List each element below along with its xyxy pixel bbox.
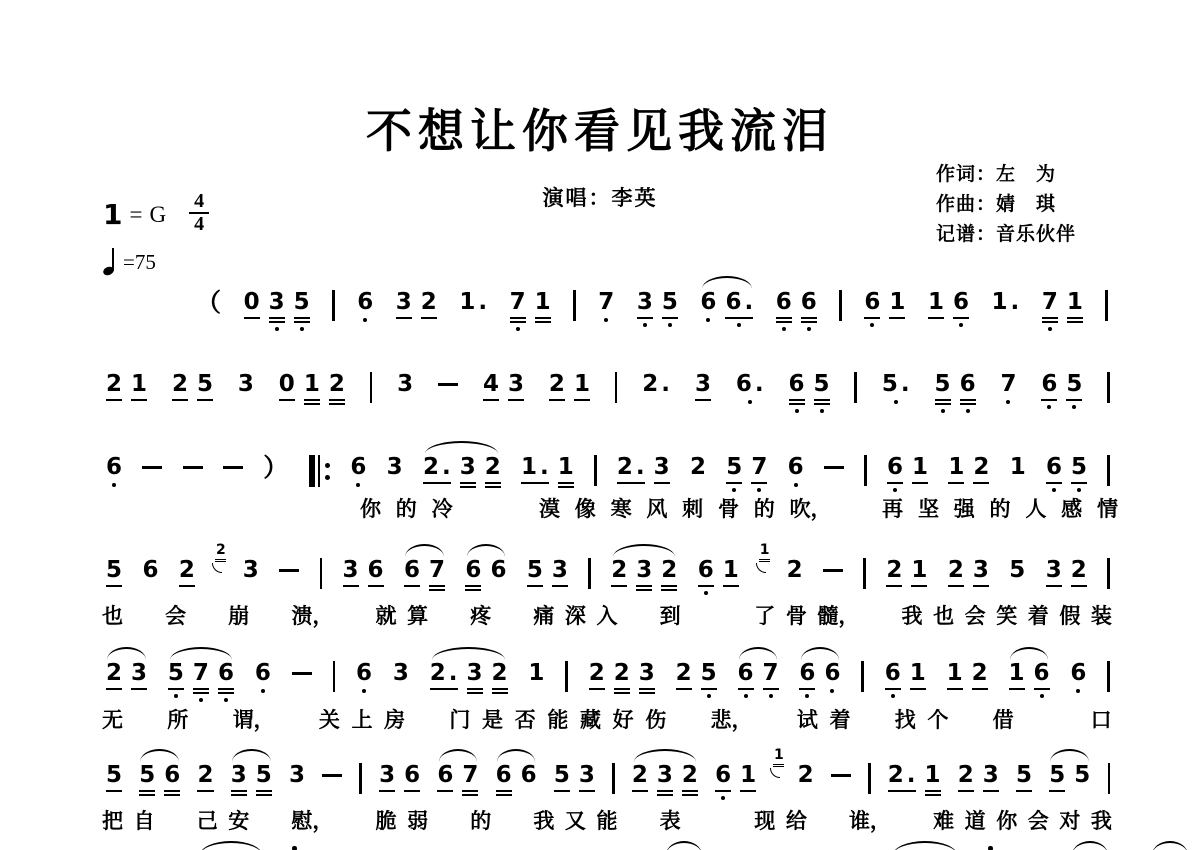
octave-dot (1006, 400, 1010, 404)
note: 2 (787, 558, 803, 582)
note: 2 (549, 372, 565, 401)
barline (320, 558, 323, 589)
underline-stroke (193, 688, 209, 690)
note-digit: 3 (379, 763, 395, 787)
lyric-syllable: 口 (1091, 704, 1112, 734)
grace-note: 1 (773, 748, 784, 778)
low-octave-dots (893, 484, 897, 492)
note: 5 (139, 763, 155, 796)
duration-underline (197, 396, 213, 401)
slur-group: 35 (231, 763, 272, 796)
note: 7 (462, 763, 478, 796)
underline-stroke (682, 794, 698, 796)
key-equals: = (129, 202, 142, 228)
note: 7 (763, 661, 779, 698)
grace-digit: 1 (760, 543, 770, 557)
lyric-syllable: 崩 (228, 600, 249, 630)
octave-dot (732, 488, 736, 492)
barline (359, 763, 362, 794)
underline-stroke (106, 688, 122, 690)
note-digit: 2 (798, 763, 814, 787)
beam-group: 25 (676, 661, 717, 698)
dash-note (142, 466, 162, 469)
note-digit: 1 (535, 290, 551, 314)
lyric-syllable: 的 (396, 493, 417, 523)
note: 3 (238, 372, 254, 396)
note: 6 (960, 372, 976, 413)
beam-group: 23 (958, 763, 999, 792)
low-octave-dots (959, 319, 963, 327)
barline (854, 372, 857, 403)
note: 5 (106, 763, 122, 792)
underline-stroke (888, 790, 916, 792)
octave-dot (782, 327, 786, 331)
low-octave-dots (941, 405, 945, 413)
lyric-spacer (260, 600, 281, 601)
low-octave-dots (1076, 685, 1080, 693)
barline (615, 372, 618, 403)
next-line-dot-fragment (988, 846, 993, 850)
duration-underline (379, 787, 395, 792)
note: 5 (106, 558, 122, 587)
note-digit: 3 (396, 290, 412, 314)
duration-underline (682, 787, 698, 796)
barline (839, 290, 842, 321)
lyric-syllable: 也 (933, 600, 954, 630)
note-digit: 3 (983, 763, 999, 787)
note: 1 (912, 455, 928, 484)
sheet-music-page: 不想让你看见我流泪 演唱：李英 作词：左 为 作曲：婧 琪 记谱：音乐伙伴 1 … (0, 0, 1200, 850)
note: 2. (617, 455, 645, 484)
duration-underline (404, 787, 420, 792)
underline-stroke (983, 790, 999, 792)
lyric-syllable: 吹， (790, 493, 832, 523)
duration-underline (485, 479, 501, 488)
note-digit: 3 (552, 558, 568, 582)
note: 2 (106, 372, 122, 401)
lyric-spacer (628, 805, 649, 806)
note-digit: 2 (1071, 558, 1087, 582)
note-digit: 5 (662, 290, 678, 314)
note: 1 (889, 290, 905, 319)
lyric-syllable: 又 (565, 805, 586, 835)
low-octave-dots (757, 484, 761, 492)
note: 1 (740, 763, 756, 792)
underline-stroke (404, 790, 420, 792)
low-octave-dots (363, 314, 367, 322)
lyric-syllable: 会 (1028, 805, 1049, 835)
note-digit: 1 (1009, 661, 1025, 685)
underline-stroke (496, 790, 512, 792)
lyric-syllable: 入 (596, 600, 617, 630)
duration-underline (973, 479, 989, 484)
lyric-syllable: 关 (319, 704, 340, 734)
note: 6 (698, 558, 714, 595)
lyric-syllable: 溃， (291, 600, 333, 630)
underline-stroke (465, 585, 481, 587)
underline-stroke (928, 317, 944, 319)
note-digit: 1 (740, 763, 756, 787)
lyric-syllable: 试 (797, 704, 818, 734)
slur-group: 67 (738, 661, 779, 698)
duration-underline (164, 787, 180, 796)
note: 2 (329, 372, 345, 405)
beam-group: 32 (396, 290, 437, 319)
octave-dot (275, 327, 279, 331)
note: 6. (736, 372, 764, 404)
lyric-syllable: 己 (197, 805, 218, 835)
note: 1 (925, 763, 941, 796)
note: 3 (552, 558, 568, 587)
lyric-spacer (135, 704, 156, 705)
next-line-dot-fragment (292, 846, 297, 850)
note: 6 (715, 763, 731, 800)
note-digit: 3 (636, 558, 652, 582)
lyric-spacer (960, 704, 981, 705)
underline-stroke (179, 585, 195, 587)
note-digit: 6 (789, 372, 805, 396)
score-line: 562233667665323261122123532 (106, 558, 1110, 595)
note-digit: 3 (387, 455, 403, 479)
note-digit: 6 (404, 763, 420, 787)
note: 6 (164, 763, 180, 796)
note-digit: 5 (1009, 558, 1025, 582)
underline-stroke (231, 790, 247, 792)
low-octave-dots (769, 690, 773, 698)
lyric-syllable: 是 (482, 704, 503, 734)
note-digit: 6 (1070, 661, 1086, 685)
note: 5 (935, 372, 951, 413)
score-line: 55623533667665323261122.123555 (106, 763, 1110, 800)
octave-dot (769, 694, 773, 698)
note-digit: 2 (106, 661, 122, 685)
slur-group: 2.32 (430, 661, 508, 694)
note-digit: 5 (256, 763, 272, 787)
note-digit: 1 (911, 558, 927, 582)
dash-note (183, 466, 203, 469)
underline-stroke (935, 399, 951, 401)
duration-underline (973, 582, 989, 587)
lyric-syllable: 悲， (711, 704, 753, 734)
lyric-spacer (1025, 704, 1046, 705)
grace-underline (215, 557, 226, 562)
barline (1107, 372, 1110, 403)
lyric-syllable: 借 (993, 704, 1014, 734)
note: 1 (947, 661, 963, 690)
note: 3 (983, 763, 999, 792)
duration-underline (723, 582, 739, 587)
duration-underline (396, 314, 412, 319)
underline-stroke (1067, 321, 1083, 323)
low-octave-dots (1077, 484, 1081, 492)
note-digit: 7 (1042, 290, 1058, 314)
lyric-syllable: 现 (754, 805, 775, 835)
note-digit: 3 (508, 372, 524, 396)
open-paren: （ (196, 290, 221, 318)
note: 3 (1046, 558, 1062, 587)
beam-group: 56 (935, 372, 976, 413)
underline-stroke (740, 790, 756, 792)
note-digit: 1. (459, 290, 487, 314)
slur-group: 2.32 (423, 455, 501, 488)
dash-note (823, 569, 843, 572)
low-octave-dots (894, 396, 898, 404)
slur-group: 66 (465, 558, 506, 591)
barline (1105, 290, 1108, 321)
duration-underline (368, 582, 384, 587)
note: 3 (973, 558, 989, 587)
duration-underline (179, 582, 195, 587)
underline-stroke (1009, 688, 1025, 690)
octave-dot (894, 400, 898, 404)
underline-stroke (172, 399, 188, 401)
lyric-syllable: 的 (470, 805, 491, 835)
note: 2 (661, 558, 677, 591)
underline-stroke (636, 585, 652, 587)
octave-dot (757, 488, 761, 492)
note: 2 (682, 763, 698, 796)
duration-underline (404, 582, 420, 587)
grace-tie-curve (770, 768, 780, 778)
note-digit: 5 (1049, 763, 1065, 787)
lyric-spacer (723, 805, 744, 806)
note: 6 (1041, 372, 1057, 409)
underline-stroke (510, 317, 526, 319)
beam-group: 21 (549, 372, 590, 401)
note-digit: 2 (958, 763, 974, 787)
note: 3 (243, 558, 259, 582)
note-digit: 5 (726, 455, 742, 479)
lyric-syllable: 疼 (470, 600, 491, 630)
note: 2 (690, 455, 706, 479)
note-digit: 7 (1000, 372, 1016, 396)
beam-group: 223 (589, 661, 655, 694)
underline-stroke (429, 589, 445, 591)
note: 2 (676, 661, 692, 690)
note-digit: 6 (887, 455, 903, 479)
lyric-syllable: 感 (1061, 493, 1082, 523)
note: 5 (1009, 558, 1025, 582)
note: 6 (404, 558, 420, 587)
note-digit: 5 (197, 372, 213, 396)
lyric-syllable: 寒 (611, 493, 632, 523)
low-octave-dots (704, 587, 708, 595)
note: 7 (193, 661, 209, 702)
lyric-syllable: 门 (449, 704, 470, 734)
note-digit: 6 (776, 290, 792, 314)
low-octave-dots (748, 396, 752, 404)
duration-underline (106, 787, 122, 792)
lyric-spacer (502, 805, 523, 806)
note-digit: 0 (244, 290, 260, 314)
note-digit: 6 (350, 455, 366, 479)
duration-underline (776, 314, 792, 323)
note: 3 (269, 290, 285, 331)
song-title: 不想让你看见我流泪 (0, 95, 1200, 161)
lyric-syllable: 谁， (849, 805, 891, 835)
barline (1107, 455, 1110, 486)
barline (565, 661, 568, 692)
underline-stroke (485, 482, 501, 484)
underline-stroke (1016, 790, 1032, 792)
underline-stroke (164, 794, 180, 796)
lyric-syllable: 情 (1097, 493, 1118, 523)
lyric-syllable: 骨 (786, 600, 807, 630)
slur-group: 66. (700, 290, 753, 327)
lyric-syllable: 骨 (718, 493, 739, 523)
repeat-thick-bar (309, 455, 315, 487)
time-signature-numerator: 4 (189, 191, 209, 214)
note: 3 (289, 763, 305, 787)
note: 6 (356, 661, 372, 693)
low-octave-dots (737, 319, 741, 327)
note: 6 (700, 290, 716, 322)
underline-stroke (682, 790, 698, 792)
octave-dot (261, 689, 265, 693)
note-digit: 2 (611, 558, 627, 582)
duration-underline (106, 396, 122, 401)
note: 6 (824, 661, 840, 693)
note-digit: 6 (106, 455, 122, 479)
note: 1 (1067, 290, 1083, 323)
underline-stroke (1067, 317, 1083, 319)
lyric-syllable: 人 (1025, 493, 1046, 523)
note-digit: 2 (632, 763, 648, 787)
note: 2 (973, 455, 989, 484)
note: 2 (421, 290, 437, 319)
note: 3 (343, 558, 359, 587)
beam-group: 53 (527, 558, 568, 587)
duration-underline (554, 787, 570, 792)
duration-underline (579, 787, 595, 792)
duration-underline (912, 479, 928, 484)
octave-dot (795, 409, 799, 413)
duration-underline (632, 787, 648, 792)
note: 3 (639, 661, 655, 694)
note: 2. (423, 455, 451, 484)
beam-group: 71 (1042, 290, 1083, 331)
note: 7 (751, 455, 767, 492)
beam-group: 23 (948, 558, 989, 587)
lyric-syllable: 表 (660, 805, 681, 835)
key-letter: G (149, 202, 166, 228)
augmentation-dot: . (449, 660, 458, 686)
note-digit: 3 (639, 661, 655, 685)
underline-stroke (773, 764, 784, 765)
underline-stroke (485, 486, 501, 488)
note-digit: 2. (642, 372, 670, 396)
lyrics-line: 无所谓，关上房门是否能藏好伤悲，试着找个借口 (102, 704, 1112, 734)
note-digit: 6 (824, 661, 840, 685)
beam-group: 25 (172, 372, 213, 401)
grace-underline (759, 557, 770, 562)
note-digit: 4 (483, 372, 499, 396)
lyric-syllable: 也 (102, 600, 123, 630)
low-octave-dots (1006, 396, 1010, 404)
underline-stroke (329, 403, 345, 405)
duration-underline (983, 787, 999, 792)
note: 6 (789, 372, 805, 413)
beam-group: 5 (1016, 763, 1032, 792)
lyric-syllable: 个 (927, 704, 948, 734)
duration-underline (925, 787, 941, 796)
note-digit: 2 (661, 558, 677, 582)
underline-stroke (467, 692, 483, 694)
note-digit: 1 (947, 661, 963, 685)
duration-underline (801, 314, 817, 323)
octave-dot (1048, 327, 1052, 331)
underline-stroke (304, 399, 320, 401)
lyric-spacer (503, 493, 524, 494)
low-octave-dots (516, 323, 520, 331)
underline-stroke (973, 585, 989, 587)
beam-group: 16 (928, 290, 969, 327)
tempo-value: =75 (123, 250, 156, 275)
duration-underline (535, 314, 551, 323)
note-digit: 3 (654, 455, 670, 479)
duration-underline (657, 787, 673, 796)
note-digit: 2 (676, 661, 692, 685)
note: 3 (579, 763, 595, 792)
beam-group: 21 (886, 558, 927, 587)
duration-underline (460, 479, 476, 488)
note: 3 (379, 763, 395, 792)
note: 1 (304, 372, 320, 405)
lyric-syllable: 我 (902, 600, 923, 630)
note-digit: 5 (554, 763, 570, 787)
duration-underline (910, 685, 926, 690)
underline-stroke (279, 399, 295, 401)
beam-group: 57 (726, 455, 767, 492)
underline-stroke (164, 790, 180, 792)
key-signature-block: 1 = G 4 4 =75 (103, 195, 209, 277)
barline (1108, 763, 1111, 794)
underline-stroke (549, 399, 565, 401)
duration-underline (430, 685, 458, 690)
beam-group: 53 (554, 763, 595, 792)
underline-stroke (925, 790, 941, 792)
note-digit: 6 (437, 763, 453, 787)
low-octave-dots (794, 479, 798, 487)
low-octave-dots (275, 323, 279, 331)
underline-stroke (558, 482, 574, 484)
octave-dot (805, 694, 809, 698)
slur-group: 576 (168, 661, 234, 702)
dash-note (824, 466, 844, 469)
grace-note: 1 (759, 543, 770, 573)
lyric-spacer (134, 600, 155, 601)
note: 2 (1071, 558, 1087, 587)
note: 3 (460, 455, 476, 488)
octave-dot (356, 483, 360, 487)
octave-dot (224, 698, 228, 702)
underline-stroke (614, 692, 630, 694)
underline-stroke (429, 585, 445, 587)
lyric-syllable: 刺 (682, 493, 703, 523)
lyric-syllable: 着 (829, 704, 850, 734)
dash-note (223, 466, 243, 469)
note-digit: 3 (289, 763, 305, 787)
note-digit: 6 (788, 455, 804, 479)
duration-underline (231, 787, 247, 796)
underline-stroke (106, 399, 122, 401)
lyric-syllable: 谓， (233, 704, 275, 734)
slur-group: 55 (1049, 763, 1090, 792)
note-digit: 5 (1066, 372, 1082, 396)
note-digit: 2 (886, 558, 902, 582)
note-digit: 3 (238, 372, 254, 396)
note-digit: 3 (243, 558, 259, 582)
